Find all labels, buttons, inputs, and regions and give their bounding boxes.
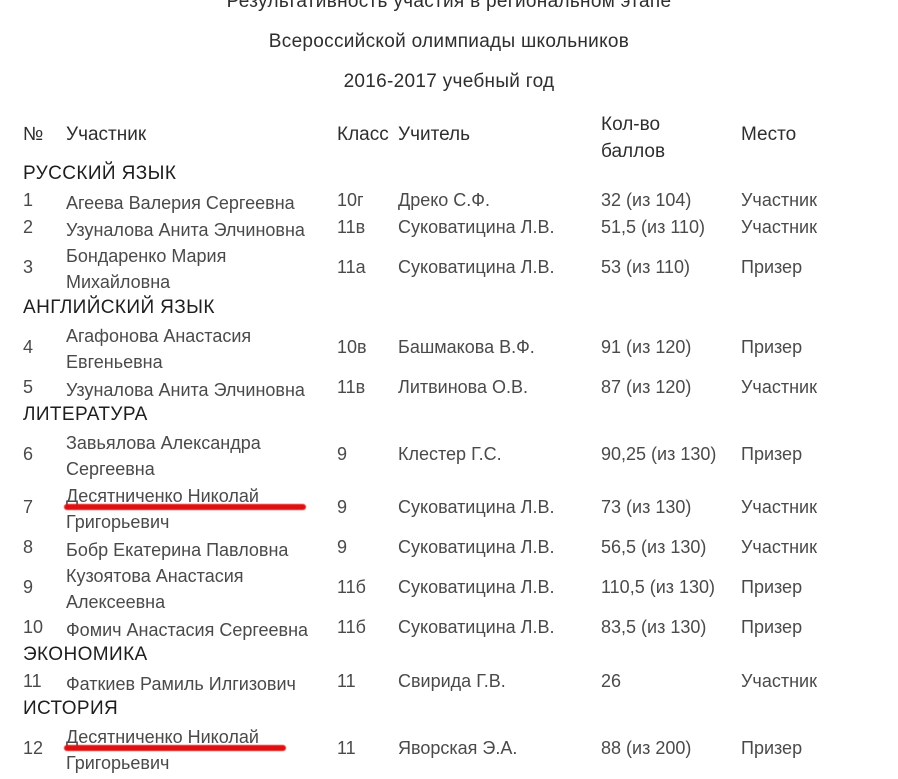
- score-cell: 88 (из 200): [601, 738, 691, 759]
- table-row: 9Кузоятова АнастасияАлексеевна11бСуковат…: [0, 564, 898, 617]
- participant-name-line: Григорьевич: [66, 509, 259, 535]
- table-row: 5Узуналова Анита Элчиновна11вЛитвинова О…: [0, 377, 898, 404]
- score-cell: 26: [601, 671, 621, 692]
- row-number: 11: [23, 671, 42, 692]
- table-row: 12Десятниченко НиколайГригорьевич11Яворс…: [0, 725, 898, 778]
- class-cell: 11: [337, 738, 356, 759]
- table-row: 8Бобр Екатерина Павловна9Суковатицина Л.…: [0, 537, 898, 564]
- table-row: 7Десятниченко НиколайГригорьевич9Суковат…: [0, 484, 898, 537]
- section-heading: ЭКОНОМИКА: [23, 644, 148, 666]
- place-cell: Участник: [741, 217, 817, 238]
- header-num: №: [23, 124, 43, 146]
- place-cell: Участник: [741, 377, 817, 398]
- header-class: Класс: [337, 124, 389, 146]
- document-title-line-1: Результативность участия в региональном …: [0, 0, 898, 13]
- place-cell: Призер: [741, 577, 802, 598]
- participant-name: Агафонова АнастасияЕвгеньевна: [66, 323, 251, 375]
- row-number: 7: [23, 497, 33, 518]
- participant-name-line: Фаткиев Рамиль Илгизович: [66, 671, 296, 697]
- class-cell: 11а: [337, 257, 366, 278]
- participant-name-line: Михайловна: [66, 269, 226, 295]
- row-number: 10: [23, 617, 43, 638]
- teacher-cell: Литвинова О.В.: [398, 377, 528, 398]
- table-row: 6Завьялова АлександраСергеевна9Клестер Г…: [0, 431, 898, 484]
- place-cell: Призер: [741, 444, 802, 465]
- row-number: 8: [23, 537, 33, 558]
- participant-name-line: Завьялова Александра: [66, 430, 261, 456]
- class-cell: 11в: [337, 377, 365, 398]
- teacher-cell: Яворская Э.А.: [398, 738, 517, 759]
- teacher-cell: Дреко С.Ф.: [398, 190, 490, 211]
- row-number: 5: [23, 377, 33, 398]
- teacher-cell: Суковатицина Л.В.: [398, 497, 555, 518]
- participant-name: Фомич Анастасия Сергеевна: [66, 617, 308, 643]
- header-teacher: Учитель: [398, 124, 470, 146]
- teacher-cell: Суковатицина Л.В.: [398, 617, 555, 638]
- class-cell: 9: [337, 537, 347, 558]
- teacher-cell: Свирида Г.В.: [398, 671, 506, 692]
- participant-name: Бондаренко МарияМихайловна: [66, 243, 226, 295]
- table-row: 1Агеева Валерия Сергеевна10гДреко С.Ф.32…: [0, 190, 898, 217]
- header-participant: Участник: [66, 124, 146, 146]
- participant-name-line: Бондаренко Мария: [66, 243, 226, 269]
- teacher-cell: Суковатицина Л.В.: [398, 217, 555, 238]
- participant-name-line: Фомич Анастасия Сергеевна: [66, 617, 308, 643]
- place-cell: Призер: [741, 257, 802, 278]
- score-cell: 56,5 (из 130): [601, 537, 706, 558]
- place-cell: Участник: [741, 537, 817, 558]
- score-cell: 51,5 (из 110): [601, 217, 705, 238]
- participant-name: Фаткиев Рамиль Илгизович: [66, 671, 296, 697]
- teacher-cell: Башмакова В.Ф.: [398, 337, 535, 358]
- section-heading: ЛИТЕРАТУРА: [23, 404, 148, 426]
- red-underline-mark: [64, 504, 306, 510]
- score-cell: 110,5 (из 130): [601, 577, 715, 598]
- table-row: 10Фомич Анастасия Сергеевна11бСуковатици…: [0, 617, 898, 644]
- class-cell: 9: [337, 497, 347, 518]
- participant-name: Агеева Валерия Сергеевна: [66, 190, 295, 216]
- row-number: 2: [23, 217, 33, 238]
- document-title-line-2: Всероссийской олимпиады школьников: [0, 31, 898, 53]
- score-cell: 91 (из 120): [601, 337, 691, 358]
- participant-name: Узуналова Анита Элчиновна: [66, 377, 305, 403]
- participant-name: Бобр Екатерина Павловна: [66, 537, 288, 563]
- row-number: 6: [23, 444, 33, 465]
- class-cell: 10в: [337, 337, 367, 358]
- score-cell: 83,5 (из 130): [601, 617, 706, 638]
- table-row: 11Фаткиев Рамиль Илгизович11Свирида Г.В.…: [0, 671, 898, 698]
- score-cell: 53 (из 110): [601, 257, 690, 278]
- class-cell: 9: [337, 444, 347, 465]
- section-heading: РУССКИЙ ЯЗЫК: [23, 163, 176, 185]
- participant-name: Кузоятова АнастасияАлексеевна: [66, 563, 244, 615]
- table-row: 4Агафонова АнастасияЕвгеньевна10вБашмако…: [0, 324, 898, 377]
- class-cell: 11б: [337, 617, 366, 638]
- class-cell: 11в: [337, 217, 365, 238]
- participant-name: Узуналова Анита Элчиновна: [66, 217, 305, 243]
- row-number: 4: [23, 337, 33, 358]
- row-number: 3: [23, 257, 33, 278]
- teacher-cell: Суковатицина Л.В.: [398, 537, 555, 558]
- participant-name: Завьялова АлександраСергеевна: [66, 430, 261, 482]
- place-cell: Призер: [741, 738, 802, 759]
- red-underline-mark: [64, 745, 286, 751]
- class-cell: 11б: [337, 577, 366, 598]
- participant-name-line: Бобр Екатерина Павловна: [66, 537, 288, 563]
- participant-name-line: Алексеевна: [66, 589, 244, 615]
- score-cell: 90,25 (из 130): [601, 444, 716, 465]
- row-number: 12: [23, 738, 43, 759]
- header-score-line1: Кол-во: [601, 111, 721, 138]
- class-cell: 11: [337, 671, 356, 692]
- place-cell: Участник: [741, 671, 817, 692]
- place-cell: Призер: [741, 337, 802, 358]
- participant-name-line: Агафонова Анастасия: [66, 323, 251, 349]
- row-number: 9: [23, 577, 33, 598]
- score-cell: 87 (из 120): [601, 377, 691, 398]
- section-heading: ИСТОРИЯ: [23, 698, 118, 720]
- table-row: 2Узуналова Анита Элчиновна11вСуковатицин…: [0, 217, 898, 244]
- score-cell: 32 (из 104): [601, 190, 691, 211]
- participant-name-line: Узуналова Анита Элчиновна: [66, 377, 305, 403]
- participant-name-line: Григорьевич: [66, 750, 259, 776]
- document-title-line-3: 2016-2017 учебный год: [0, 71, 898, 93]
- place-cell: Участник: [741, 497, 817, 518]
- section-heading: АНГЛИЙСКИЙ ЯЗЫК: [23, 297, 215, 319]
- class-cell: 10г: [337, 190, 364, 211]
- teacher-cell: Суковатицина Л.В.: [398, 577, 555, 598]
- place-cell: Участник: [741, 190, 817, 211]
- row-number: 1: [23, 190, 33, 211]
- score-cell: 73 (из 130): [601, 497, 691, 518]
- teacher-cell: Суковатицина Л.В.: [398, 257, 555, 278]
- participant-name-line: Агеева Валерия Сергеевна: [66, 190, 295, 216]
- header-place: Место: [741, 124, 796, 146]
- place-cell: Призер: [741, 617, 802, 638]
- header-score: Кол-во баллов: [601, 111, 721, 165]
- table-row: 3Бондаренко МарияМихайловна11аСуковатици…: [0, 244, 898, 297]
- participant-name-line: Сергеевна: [66, 456, 261, 482]
- teacher-cell: Клестер Г.С.: [398, 444, 502, 465]
- header-score-line2: баллов: [601, 138, 721, 165]
- participant-name-line: Евгеньевна: [66, 349, 251, 375]
- participant-name-line: Узуналова Анита Элчиновна: [66, 217, 305, 243]
- participant-name-line: Кузоятова Анастасия: [66, 563, 244, 589]
